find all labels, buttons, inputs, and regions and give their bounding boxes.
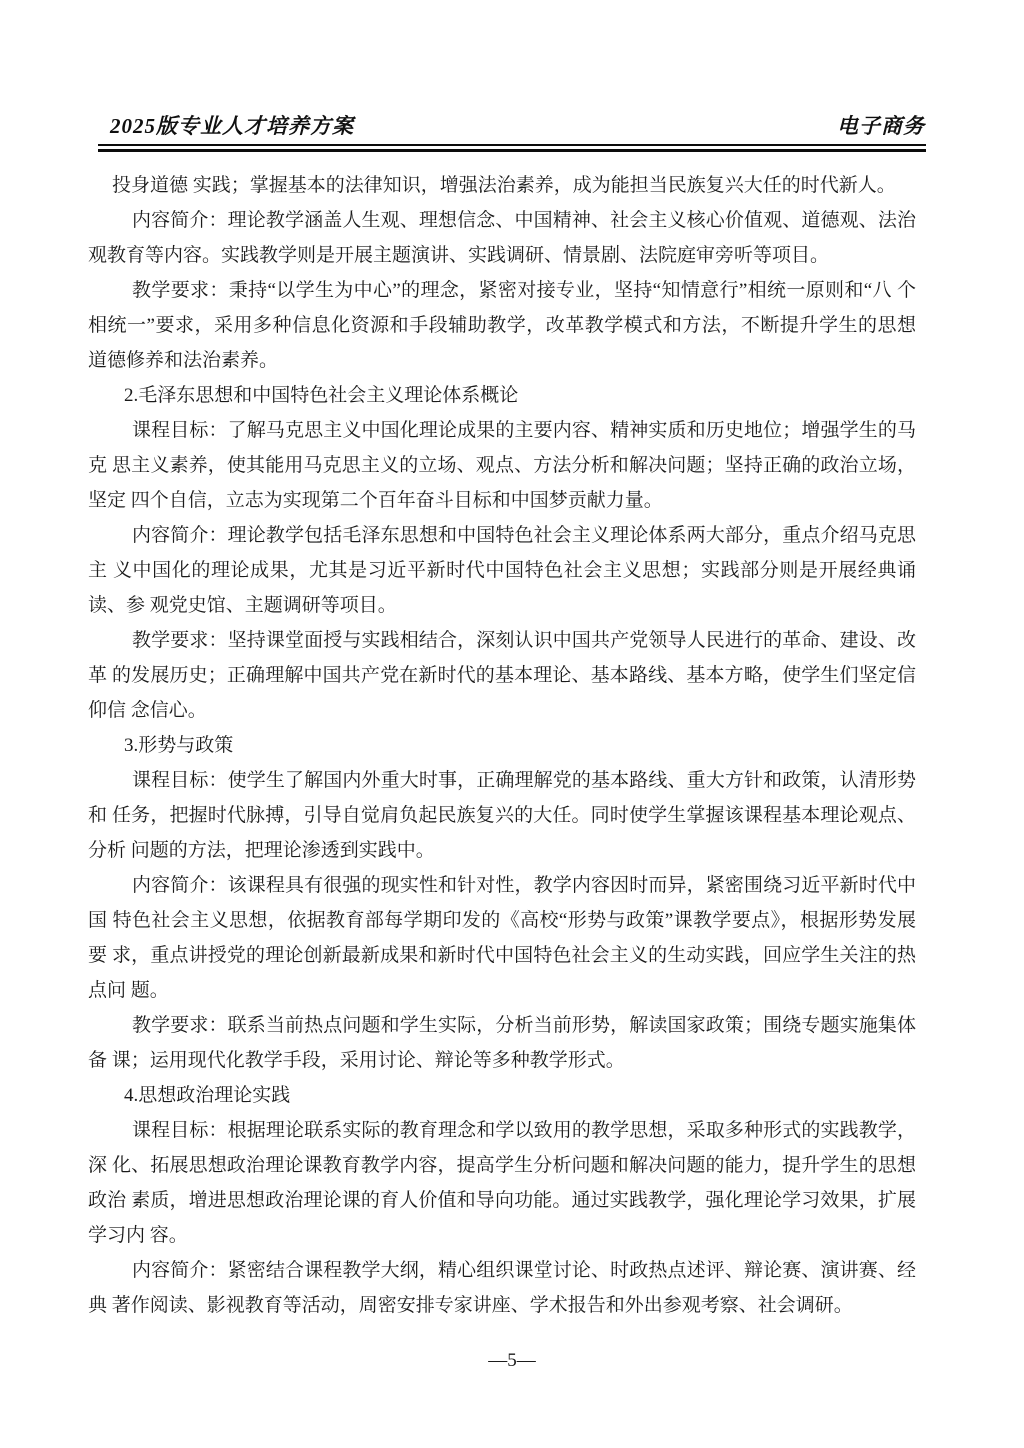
paragraph-content-intro: 内容简介：该课程具有很强的现实性和针对性，教学内容因时而异，紧密围绕习近平新时代… [88, 868, 916, 1008]
document-page: 2025版专业人才培养方案 电子商务 投身道德 实践；掌握基本的法律知识，增强法… [0, 0, 1024, 1448]
paragraph-continuation: 投身道德 实践；掌握基本的法律知识，增强法治素养，成为能担当民族复兴大任的时代新… [88, 168, 916, 203]
header-left-title: 2025版专业人才培养方案 [110, 110, 354, 140]
paragraph-teaching-requirement: 教学要求：坚持课堂面授与实践相结合，深刻认识中国共产党领导人民进行的革命、建设、… [88, 623, 916, 728]
header-double-rule [98, 144, 926, 152]
section-heading-2: 2.毛泽东思想和中国特色社会主义理论体系概论 [88, 378, 916, 413]
paragraph-teaching-requirement: 教学要求：联系当前热点问题和学生实际，分析当前形势，解读国家政策；围绕专题实施集… [88, 1008, 916, 1078]
header-right-title: 电子商务 [837, 110, 925, 140]
paragraph-course-objective: 课程目标：使学生了解国内外重大时事，正确理解党的基本路线、重大方针和政策，认清形… [88, 763, 916, 868]
page-number: —5— [488, 1350, 536, 1371]
paragraph-course-objective: 课程目标：了解马克思主义中国化理论成果的主要内容、精神实质和历史地位；增强学生的… [88, 413, 916, 518]
paragraph-content-intro: 内容简介：紧密结合课程教学大纲，精心组织课堂讨论、时政热点述评、辩论赛、演讲赛、… [88, 1253, 916, 1323]
running-header: 2025版专业人才培养方案 电子商务 [110, 110, 925, 140]
page-body: 投身道德 实践；掌握基本的法律知识，增强法治素养，成为能担当民族复兴大任的时代新… [88, 168, 916, 1323]
paragraph-content-intro: 内容简介：理论教学包括毛泽东思想和中国特色社会主义理论体系两大部分，重点介绍马克… [88, 518, 916, 623]
section-heading-4: 4.思想政治理论实践 [88, 1078, 916, 1113]
paragraph-course-objective: 课程目标：根据理论联系实际的教育理念和学以致用的教学思想，采取多种形式的实践教学… [88, 1113, 916, 1253]
paragraph-teaching-requirement: 教学要求：秉持“以学生为中心”的理念，紧密对接专业，坚持“知情意行”相统一原则和… [88, 273, 916, 378]
paragraph-content-intro: 内容简介：理论教学涵盖人生观、理想信念、中国精神、社会主义核心价值观、道德观、法… [88, 203, 916, 273]
page-footer: —5— [0, 1350, 1024, 1372]
section-heading-3: 3.形势与政策 [88, 728, 916, 763]
